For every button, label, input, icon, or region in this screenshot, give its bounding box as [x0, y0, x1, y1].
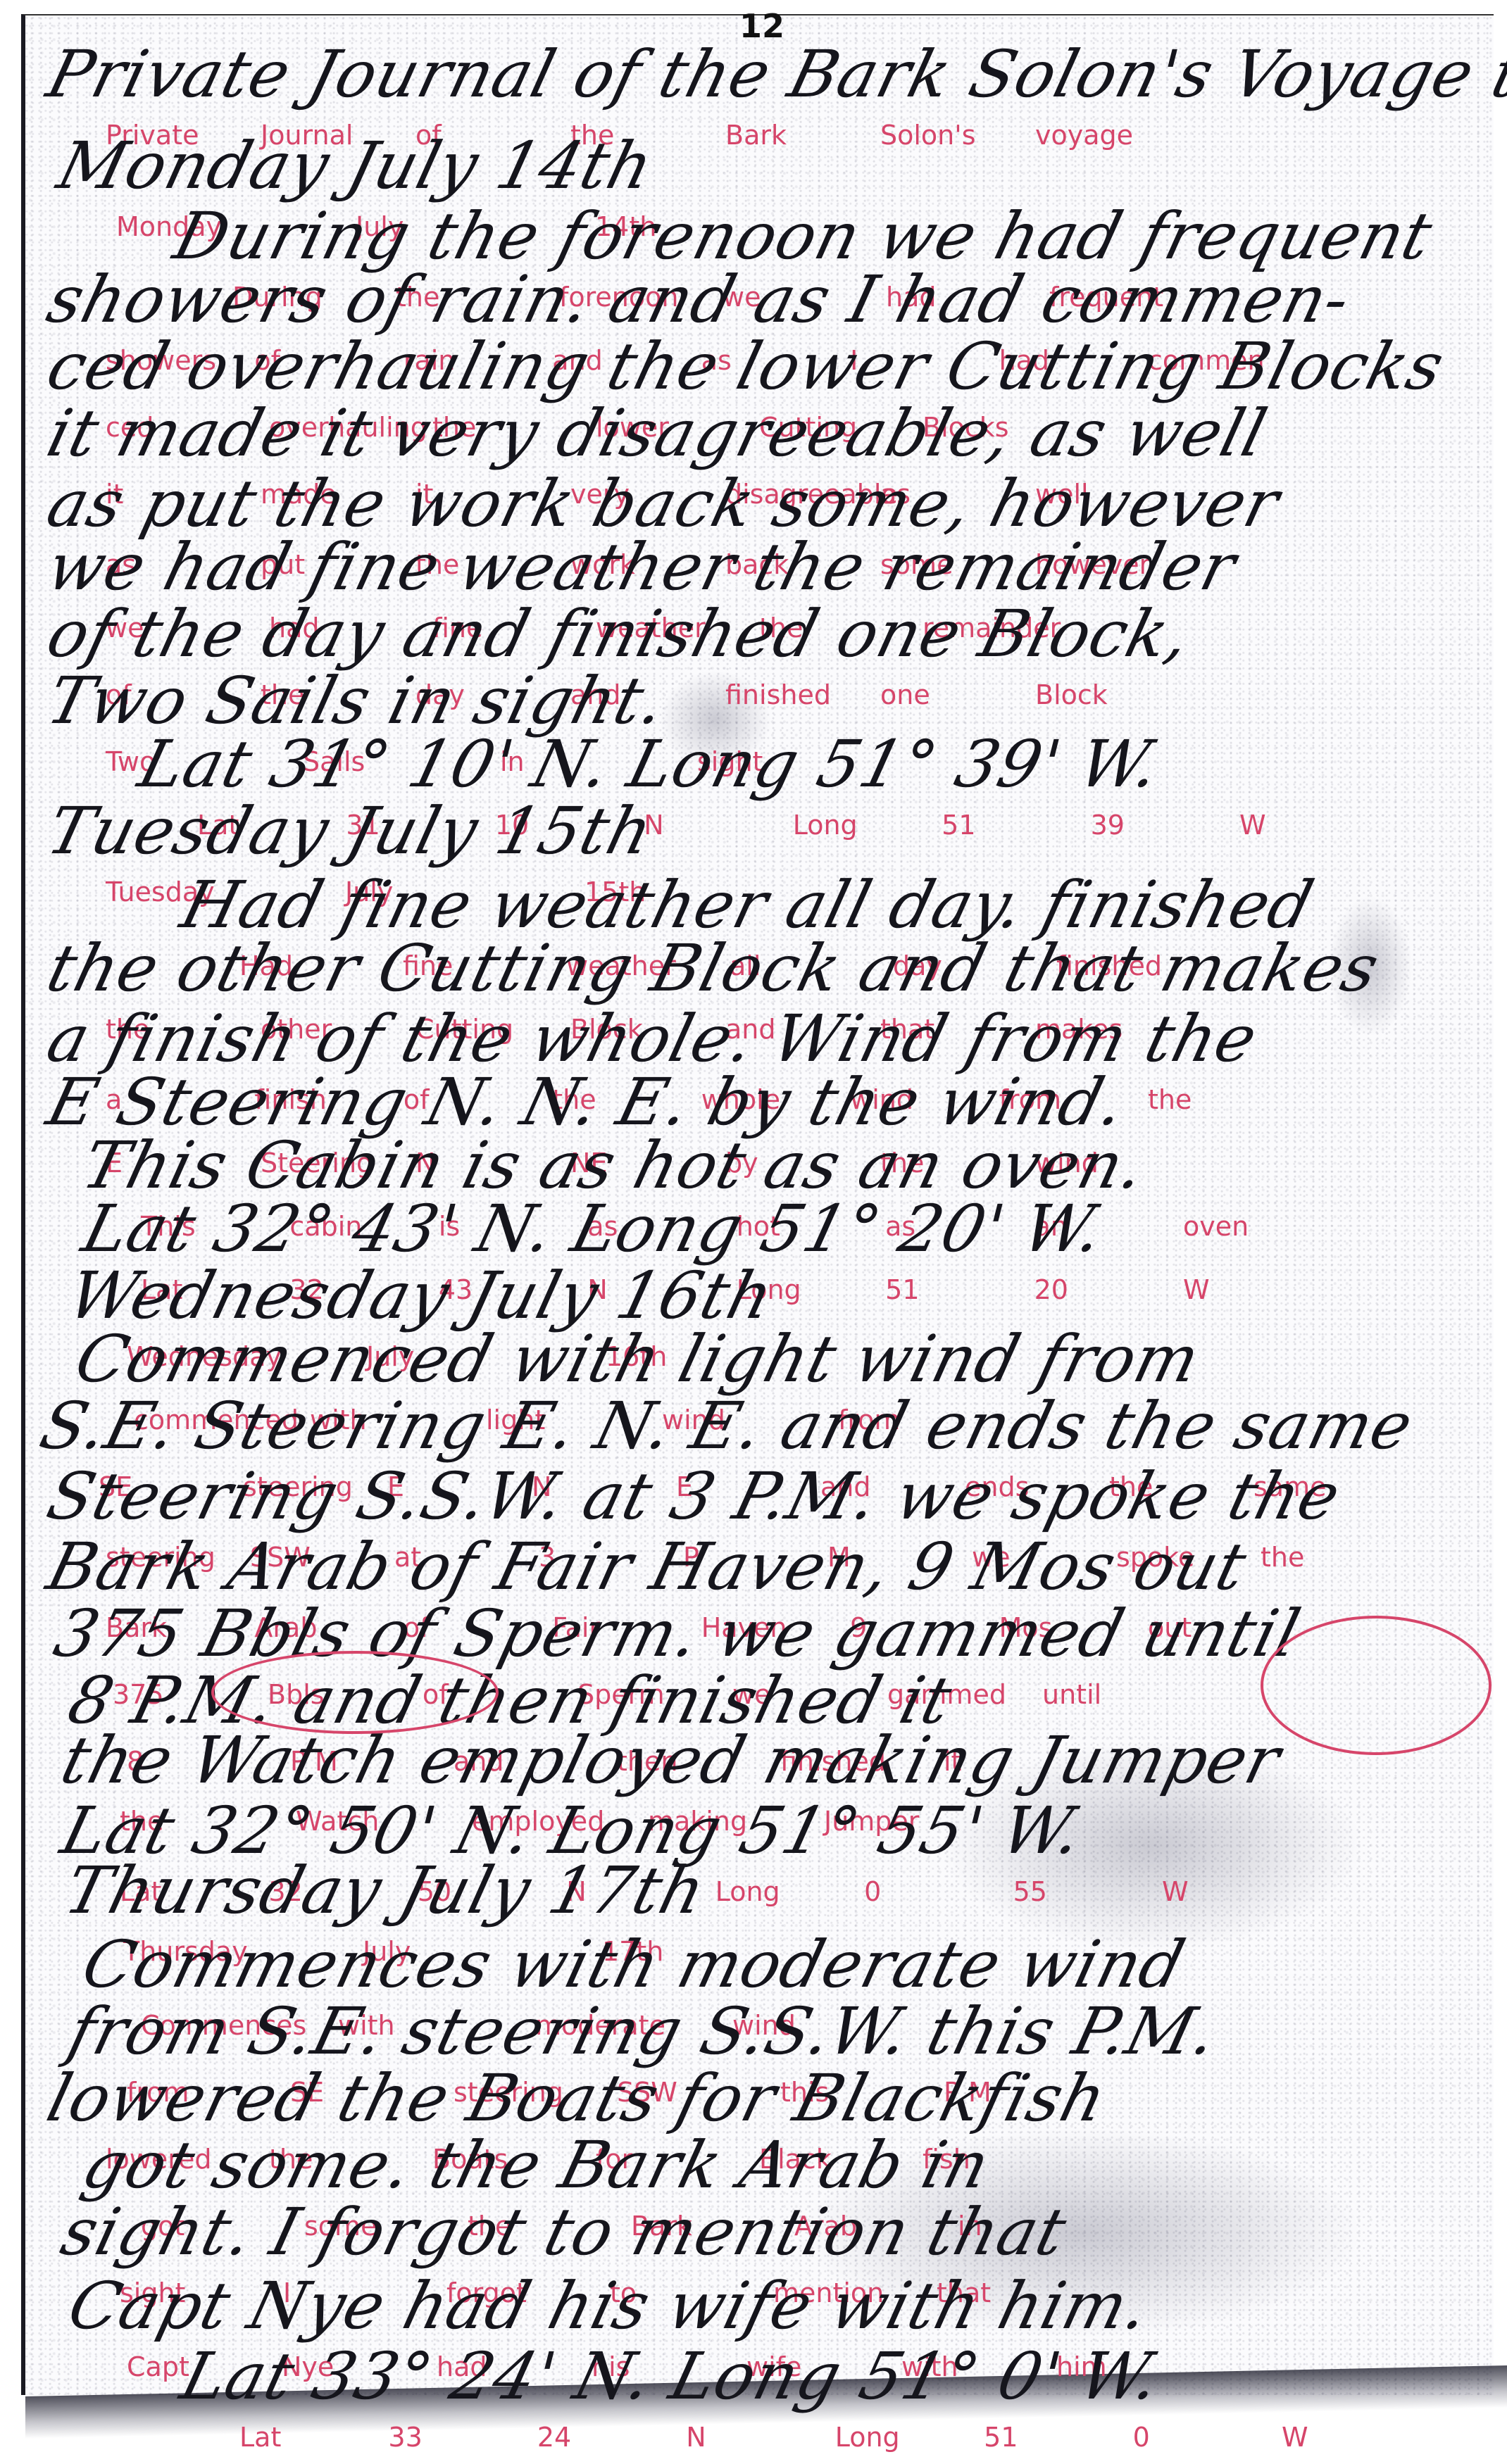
handwritten-line: During the forenoon we had frequent	[168, 204, 1507, 269]
transcription-word: 33	[388, 2422, 422, 2453]
handwritten-line: Monday July 14th	[52, 134, 1498, 199]
handwritten-line: sight. I forgot to mention that	[56, 2200, 1501, 2265]
transcription-word: 51	[984, 2422, 1018, 2453]
handwritten-line: Private Journal of the Bark Solon's Voya…	[42, 42, 1487, 107]
handwritten-line: This Cabin is as hot as an oven.	[77, 1133, 1507, 1198]
transcription-word: 24	[537, 2422, 571, 2453]
handwritten-line: Wednesday July 16th	[63, 1264, 1507, 1328]
handwritten-line: Bark Arab of Fair Haven, 9 Mos out	[42, 1535, 1487, 1599]
annotation-circle-watch	[211, 1651, 499, 1734]
handwritten-line: showers of rain. and as I had commen-	[42, 268, 1487, 332]
handwritten-line: E Steering N. N. E. by the wind.	[42, 1070, 1487, 1135]
handwritten-line: as put the work back some, however	[42, 472, 1487, 536]
handwritten-line: Thursday July 17th	[59, 1859, 1505, 1923]
handwritten-line: Lat 32° 43' N. Long 51° 20' W.	[77, 1197, 1507, 1262]
handwritten-line: Two Sails in sight.	[42, 669, 1487, 734]
transcription-word: 0	[1133, 2422, 1150, 2453]
handwritten-line: we had fine weather the remainder	[42, 535, 1487, 600]
handwritten-line: from S.E. steering S.S.W. this P.M.	[63, 1999, 1507, 2064]
transcription-word: W	[1282, 2422, 1308, 2453]
handwritten-line: a finish of the whole. Wind from the	[42, 1007, 1487, 1071]
transcription-word: Long	[835, 2422, 900, 2453]
transcription-word: Capt	[127, 2351, 189, 2382]
handwritten-line: of the day and finished one Block,	[42, 602, 1487, 667]
handwritten-line: got some. the Bark Arab in	[77, 2133, 1507, 2198]
handwritten-line: lowered the Boats for Blackfish	[42, 2066, 1487, 2131]
handwritten-line: Tuesday July 15th	[42, 799, 1487, 864]
handwritten-line: Steering S.S.W. at 3 P.M. we spoke the	[42, 1464, 1487, 1529]
transcription-word: Lat	[239, 2422, 281, 2453]
handwritten-line: the Watch employed making Jumper	[56, 1728, 1501, 1793]
handwritten-line: S.E. Steering E. N. E. and ends the same	[35, 1394, 1480, 1459]
handwritten-line: Capt Nye had his wife with him.	[63, 2274, 1507, 2339]
handwritten-line: ced overhauling the lower Cutting Blocks	[42, 334, 1487, 399]
transcription-word: N	[686, 2422, 706, 2453]
handwritten-line: it made it very disagreeable, as well	[42, 401, 1487, 466]
handwritten-line: Lat 31° 10' N. Long 51° 39' W.	[133, 732, 1507, 797]
handwritten-line: Commences with moderate wind	[77, 1932, 1507, 1997]
annotation-circle-jumper	[1261, 1616, 1492, 1755]
handwritten-line: Commenced with light wind from	[70, 1327, 1507, 1392]
handwritten-line: Lat 33° 24' N. Long 51° 0' W.	[175, 2344, 1507, 2409]
handwritten-line: the other Cutting Block and that makes	[42, 936, 1487, 1001]
handwritten-line: Had fine weather all day. finished	[175, 873, 1507, 938]
